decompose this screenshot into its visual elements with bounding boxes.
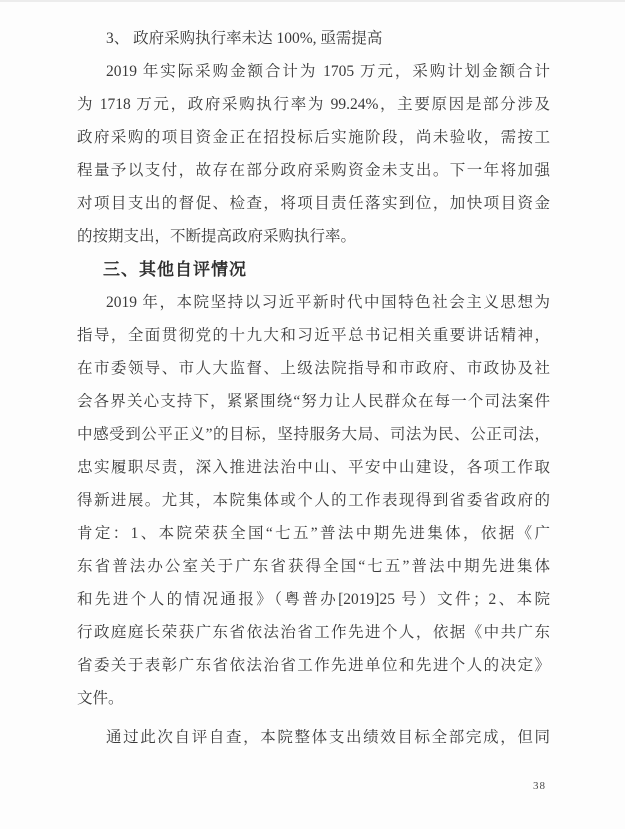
document-page: 3、 政府采购执行率未达 100%, 亟需提高2019 年实际采购金额合计为 1… xyxy=(0,0,625,829)
text-line: 的按期支出，不断提高政府采购执行率。 xyxy=(77,220,550,253)
text-line: 会各界关心支持下，紧紧围绕“努力让人民群众在每一个司法案件 xyxy=(77,385,550,418)
text-line: 省委关于表彰广东省依法治省工作先进单位和先进个人的决定》 xyxy=(77,649,550,682)
paragraph: 2019 年，本院坚持以习近平新时代中国特色社会主义思想为指导，全面贯彻党的十九… xyxy=(77,286,550,715)
text-line: 指导，全面贯彻党的十九大和习近平总书记相关重要讲话精神， xyxy=(77,319,550,352)
text-line: 2019 年，本院坚持以习近平新时代中国特色社会主义思想为 xyxy=(77,286,550,319)
text-line: 中感受到公平正义”的目标，坚持服务大局、司法为民、公正司法， xyxy=(77,418,550,451)
text-line: 通过此次自评自查，本院整体支出绩效目标全部完成，但同 xyxy=(77,721,550,754)
paragraph: 通过此次自评自查，本院整体支出绩效目标全部完成，但同 xyxy=(77,721,550,754)
paragraph: 2019 年实际采购金额合计为 1705 万元，采购计划金额合计为 1718 万… xyxy=(77,55,550,253)
text-line: 三、其他自评情况 xyxy=(77,253,550,286)
text-line: 行政庭庭长荣获广东省依法治省工作先进个人，依据《中共广东 xyxy=(77,616,550,649)
text-line: 在市委领导、市人大监督、上级法院指导和市政府、市政协及社 xyxy=(77,352,550,385)
text-line: 得新进展。尤其，本院集体或个人的工作表现得到省委省政府的 xyxy=(77,484,550,517)
text-line: 东省普法办公室关于广东省获得全国“七五”普法中期先进集体 xyxy=(77,550,550,583)
text-line: 2019 年实际采购金额合计为 1705 万元，采购计划金额合计 xyxy=(77,55,550,88)
paragraph: 3、 政府采购执行率未达 100%, 亟需提高 xyxy=(77,22,550,55)
page-number: 38 xyxy=(533,780,546,792)
document-body: 3、 政府采购执行率未达 100%, 亟需提高2019 年实际采购金额合计为 1… xyxy=(77,22,550,754)
text-line: 对项目支出的督促、检查，将项目责任落实到位，加快项目资金 xyxy=(77,187,550,220)
text-line: 肯定：1、本院荣获全国“七五”普法中期先进集体，依据《广 xyxy=(77,517,550,550)
text-line: 文件。 xyxy=(77,682,550,715)
text-line: 为 1718 万元，政府采购执行率为 99.24%，主要原因是部分涉及 xyxy=(77,88,550,121)
text-line: 程量予以支付，故存在部分政府采购资金未支出。下一年将加强 xyxy=(77,154,550,187)
section-heading: 三、其他自评情况 xyxy=(77,253,550,286)
text-line: 忠实履职尽责，深入推进法治中山、平安中山建设，各项工作取 xyxy=(77,451,550,484)
text-line: 3、 政府采购执行率未达 100%, 亟需提高 xyxy=(77,22,550,55)
text-line: 和先进个人的情况通报》（粤普办[2019]25 号）文件；2、本院 xyxy=(77,583,550,616)
text-line: 政府采购的项目资金正在招投标后实施阶段，尚未验收，需按工 xyxy=(77,121,550,154)
